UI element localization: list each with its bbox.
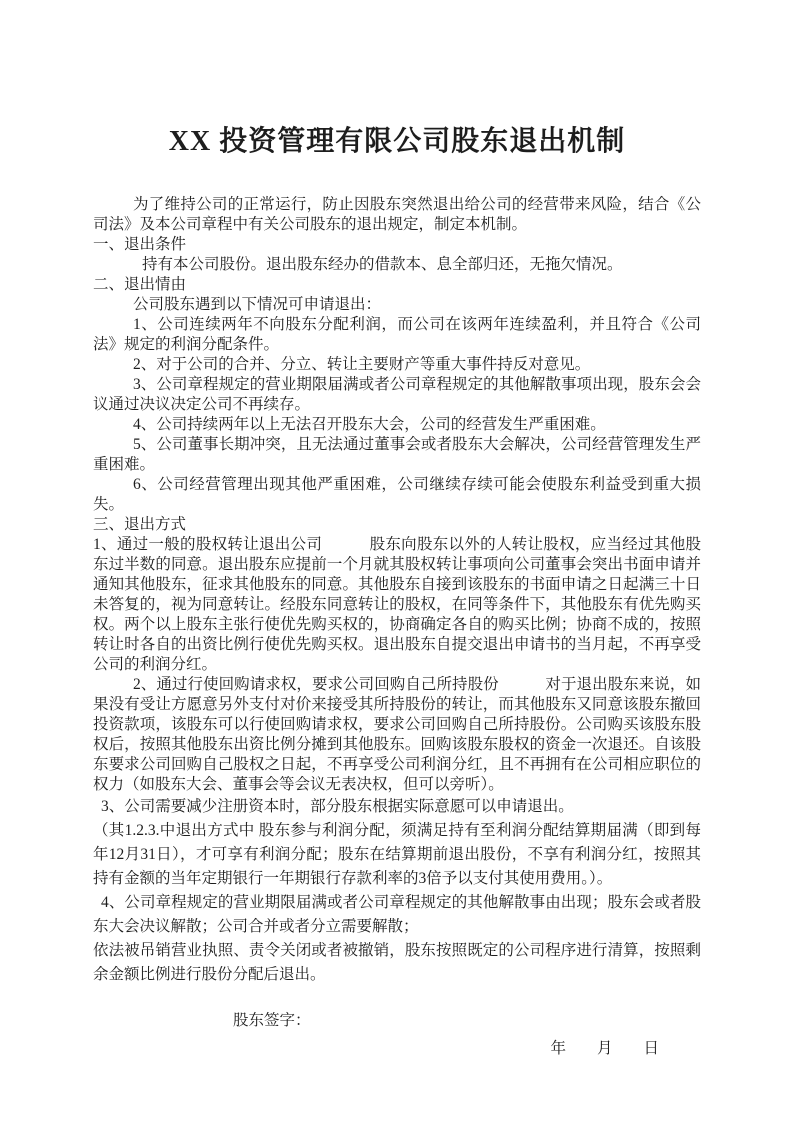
section2-item-1: 1、公司连续两年不向股东分配利润，而公司在该两年连续盈利，并且符合《公司法》规定… bbox=[93, 315, 701, 355]
date-line: 年 月 日 bbox=[93, 1037, 701, 1061]
document-title: XX 投资管理有限公司股东退出机制 bbox=[93, 126, 701, 158]
document-content: XX 投资管理有限公司股东退出机制 为了维持公司的正常运行，防止因股东突然退出给… bbox=[93, 126, 701, 1061]
intro-paragraph: 为了维持公司的正常运行，防止因股东突然退出给公司的经营带来风险，结合《公司法》及… bbox=[93, 195, 701, 235]
section3-para-1: 1、通过一般的股权转让退出公司 股东向股东以外的人转让股权，应当经过其他股东过半… bbox=[93, 535, 701, 675]
section2-item-2: 2、对于公司的合并、分立、转让主要财产等重大事件持反对意见。 bbox=[93, 355, 701, 375]
section3-heading: 三、退出方式 bbox=[93, 515, 701, 535]
section1-body: 持有本公司股份。退出股东经办的借款本、息全部归还，无拖欠情况。 bbox=[93, 255, 701, 275]
section3-para-6: 依法被吊销营业执照、责令关闭或者被撤销，股东按照既定的公司程序进行清算，按照剩余… bbox=[93, 939, 701, 987]
section2-item-4: 4、公司持续两年以上无法召开股东大会，公司的经营发生严重困难。 bbox=[93, 415, 701, 435]
document-page: XX 投资管理有限公司股东退出机制 为了维持公司的正常运行，防止因股东突然退出给… bbox=[0, 0, 794, 1123]
section3-para-3: 3、公司需要减少注册资本时，部分股东根据实际意愿可以申请退出。 bbox=[93, 795, 701, 819]
section2-item-5: 5、公司董事长期冲突，且无法通过董事会或者股东大会解决，公司经营管理发生严重困难… bbox=[93, 435, 701, 475]
section2-item-6: 6、公司经营管理出现其他严重困难，公司继续存续可能会使股东利益受到重大损失。 bbox=[93, 475, 701, 515]
section2-item-3: 3、公司章程规定的营业期限届满或者公司章程规定的其他解散事项出现，股东会会议通过… bbox=[93, 375, 701, 415]
section3-para-2: 2、通过行使回购请求权，要求公司回购自己所持股份 对于退出股东来说，如果没有受让… bbox=[93, 675, 701, 795]
section2-heading: 二、退出情由 bbox=[93, 275, 701, 295]
section2-lead: 公司股东遇到以下情况可申请退出： bbox=[93, 295, 701, 315]
shareholder-signature-label: 股东签字： bbox=[93, 1009, 701, 1033]
section3-para-5: 4、公司章程规定的营业期限届满或者公司章程规定的其他解散事由出现；股东会或者股东… bbox=[93, 891, 701, 939]
section1-heading: 一、退出条件 bbox=[93, 235, 701, 255]
section3-para-4: （其1.2.3.中退出方式中 股东参与利润分配，须满足持有至利润分配结算期届满（… bbox=[93, 819, 701, 891]
